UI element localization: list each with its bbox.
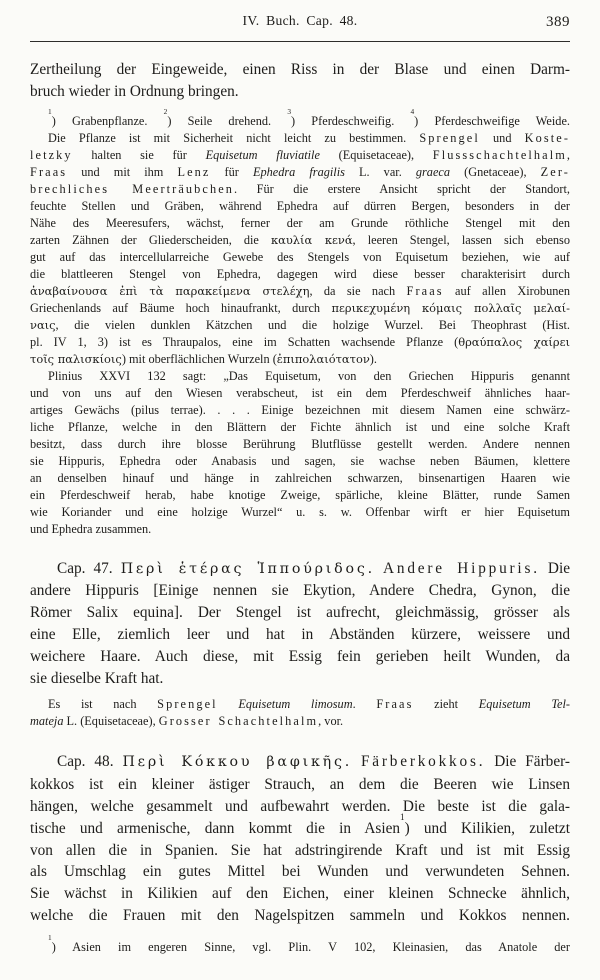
text-run: und Ephedra zusammen. xyxy=(30,522,151,536)
text-line: von allen die in Spanien. Sie hat adstri… xyxy=(30,840,570,862)
text-run: Flussschachtelhalm xyxy=(433,148,567,162)
footnote-marker: 1 xyxy=(48,933,52,942)
text-line: andere Hippuris [Einige nennen sie Ekyti… xyxy=(30,580,570,602)
text-run: Sprengel xyxy=(157,697,218,711)
header-rule xyxy=(30,41,570,42)
text-line: brechliches Meerträubchen. Für die erste… xyxy=(30,181,570,198)
text-line: tische und armenische, dann kommt die in… xyxy=(30,818,570,840)
text-run: graeca xyxy=(416,165,450,179)
text-line: pl. IV 1, 3) ist es Thraupalos, eine im … xyxy=(30,334,570,351)
text-line: gut auf das intercellularreiche Gewebe d… xyxy=(30,249,570,266)
commentary-identification: Die Pflanze ist mit Sicherheit nicht lei… xyxy=(30,130,570,368)
footnote-marker: 3 xyxy=(287,107,291,116)
text-line: und Ephedra zusammen. xyxy=(30,521,570,538)
text-run: ) und Kilikien, zuletzt xyxy=(405,820,570,837)
text-run: καυλία κενά xyxy=(271,233,353,247)
text-run: Die xyxy=(540,560,570,577)
text-run: letzky xyxy=(30,148,73,162)
running-title: IV. Buch. Cap. 48. xyxy=(30,13,570,29)
text-line: 1) Asien im engeren Sinne, vgl. Plin. V … xyxy=(30,939,570,956)
text-line: an denselben hinauf und hänge in zahlrei… xyxy=(30,470,570,487)
text-line: Zertheilung der Eingeweide, einen Riss i… xyxy=(30,59,570,81)
text-run: ) Pferdeschweifig. xyxy=(291,114,410,128)
text-line: Römer Salix equina]. Der Stengel ist auf… xyxy=(30,602,570,624)
text-run: andere Hippuris [Einige nennen sie Ekyti… xyxy=(30,582,570,599)
text-run: , da sie nach xyxy=(309,284,406,298)
text-run: und von uns auf den Wiesen verabscheut, … xyxy=(30,386,570,400)
text-line: Fraas und mit ihm Lenz für Ephedra fragi… xyxy=(30,164,570,181)
text-run: Equisetum Tel- xyxy=(479,697,570,711)
text-run: und mit ihm xyxy=(67,165,177,179)
text-line: liche Pflanze, welche in den Blättern de… xyxy=(30,419,570,436)
text-run: zarten Zähnen der Gliederscheiden, die xyxy=(30,233,271,247)
text-run: Sie wächst in Kilikien auf den Eichen, e… xyxy=(30,885,570,902)
text-line: hängen, welche gesammelt und aufbewahrt … xyxy=(30,796,570,818)
text-run: von allen die in Spanien. Sie hat adstri… xyxy=(30,842,570,859)
text-run: Die Pflanze ist mit Sicherheit nicht lei… xyxy=(48,131,419,145)
text-run: . Für die erstere Ansicht spricht der St… xyxy=(234,182,570,196)
text-run: , vor. xyxy=(318,714,343,728)
text-run: artiges Gewächs (pilus terrae). . . . Ei… xyxy=(30,403,570,417)
text-line: weichere Haare. Auch diese, mit Essig fe… xyxy=(30,646,570,668)
text-run: besitzt, dass durch ihre blosse Berührun… xyxy=(30,437,570,451)
text-line: kokkos ist ein kleiner ästiger Strauch, … xyxy=(30,774,570,796)
text-run: Fraas xyxy=(376,697,413,711)
text-run: mateja xyxy=(30,714,63,728)
text-run: Zertheilung der Eingeweide, einen Riss i… xyxy=(30,61,570,78)
text-line: Die Pflanze ist mit Sicherheit nicht lei… xyxy=(30,130,570,147)
footnote-marker: 4 xyxy=(410,107,414,116)
text-run: zieht xyxy=(413,697,478,711)
text-run: Cap. 47. xyxy=(57,560,121,577)
commentary-cap47: Es ist nach Sprengel Equisetum limosum. … xyxy=(30,696,570,730)
text-line: die blattleeren Stengel von Ephedra, dag… xyxy=(30,266,570,283)
footnote-marker: 1 xyxy=(400,812,405,822)
text-run: (Gnetaceae), xyxy=(450,165,541,179)
text-run: Koste- xyxy=(525,131,570,145)
text-line: τοῖς παλισκίοις) mit oberflächlichen Wur… xyxy=(30,351,570,368)
text-run: ) Pferdeschweifige Weide. xyxy=(414,114,570,128)
text-run: Es ist nach xyxy=(48,697,157,711)
text-line: Nähe des Meeresufers, wächst, ferner der… xyxy=(30,215,570,232)
text-run: weichere Haare. Auch diese, mit Essig fe… xyxy=(30,648,570,665)
chapter-47: Cap. 47. Περὶ ἑτέρας Ἱππούριδος. Andere … xyxy=(30,558,570,690)
text-run: gut auf das intercellularreiche Gewebe d… xyxy=(30,250,570,264)
commentary-plinius: Plinius XXVI 132 sagt: „Das Equisetum, v… xyxy=(30,368,570,538)
text-line: Sie wächst in Kilikien auf den Eichen, e… xyxy=(30,883,570,905)
text-run: ἐπιπολαιότατον xyxy=(277,352,370,366)
footnote-definitions: 1) Grabenpflanze. 2) Seile drehend. 3) P… xyxy=(30,113,570,130)
text-line: letzky halten sie für Equisetum fluviati… xyxy=(30,147,570,164)
text-run: Plinius XXVI 132 sagt: „Das Equisetum, v… xyxy=(48,369,570,383)
text-run: wie Koriander und eine holzige Wurzel“ u… xyxy=(30,505,570,519)
text-run: L. var. xyxy=(345,165,416,179)
text-run: Fraas xyxy=(407,284,444,298)
text-run: liche Pflanze, welche in den Blättern de… xyxy=(30,420,570,434)
text-run: Nähe des Meeresufers, wächst, ferner der… xyxy=(30,216,570,230)
text-run: ἀναβαίνουσα ἐπὶ τὰ παρακείμενα στελέχη xyxy=(30,284,309,298)
page-header: IV. Buch. Cap. 48. 389 xyxy=(30,13,570,35)
text-line: 1) Grabenpflanze. 2) Seile drehend. 3) P… xyxy=(30,113,570,130)
text-run: Griechenlands auf Bäume hoch hinaufrankt… xyxy=(30,301,331,315)
text-line: bruch wieder in Ordnung bringen. xyxy=(30,81,570,103)
text-run: brechliches Meerträubchen xyxy=(30,182,234,196)
text-run: Lenz xyxy=(177,165,210,179)
text-run: kokkos ist ein kleiner ästiger Strauch, … xyxy=(30,776,570,793)
text-run: Römer Salix equina]. Der Stengel ist auf… xyxy=(30,604,570,621)
text-run: hängen, welche gesammelt und aufbewahrt … xyxy=(30,798,570,815)
text-run: und xyxy=(480,131,525,145)
text-run: (Equisetaceae), xyxy=(320,148,433,162)
text-run: an denselben hinauf und hänge in zahlrei… xyxy=(30,471,570,485)
text-line: artiges Gewächs (pilus terrae). . . . Ei… xyxy=(30,402,570,419)
text-run: , leeren Stengel, lassen sich ebenso xyxy=(353,233,570,247)
text-run: Fraas xyxy=(30,165,67,179)
text-line: sie dieselbe Kraft hat. xyxy=(30,668,570,690)
text-line: und von uns auf den Wiesen verabscheut, … xyxy=(30,385,570,402)
text-run: bruch wieder in Ordnung bringen. xyxy=(30,83,239,100)
text-run: Die Färber- xyxy=(485,753,570,770)
text-run: als Umschlag ein gutes Mittel bei Wunden… xyxy=(30,863,570,880)
footnote-marker: 2 xyxy=(164,107,168,116)
text-run: Grosser Schachtelhalm xyxy=(159,714,318,728)
text-run: Equisetum fluviatile xyxy=(206,148,320,162)
text-run xyxy=(352,753,361,770)
text-line: Cap. 47. Περὶ ἑτέρας Ἱππούριδος. Andere … xyxy=(30,558,570,581)
text-run: Ephedra fragilis xyxy=(253,165,345,179)
text-run: Cap. 48. xyxy=(57,753,122,770)
text-run: , die vielen dunklen Kätzchen und die ho… xyxy=(56,318,570,332)
chapter-48: Cap. 48. Περὶ Κόκκου βαφικῆς. Färberkokk… xyxy=(30,751,570,926)
text-run xyxy=(375,560,383,577)
text-run: Andere Hippuris. xyxy=(383,560,540,577)
text-run: ein Pferdeschweif herab, habe knotige Zw… xyxy=(30,488,570,502)
text-run: περικεχυμένη κόμαις πολλαῖς μελαί- xyxy=(331,301,570,315)
text-run: pl. IV 1, 3) ist es Thraupalos, eine im … xyxy=(30,335,458,349)
text-run: ) Asien im engeren Sinne, vgl. Plin. V 1… xyxy=(52,940,570,954)
footnote-marker: 1 xyxy=(48,107,52,116)
footnote-asien: 1) Asien im engeren Sinne, vgl. Plin. V … xyxy=(30,939,570,956)
text-line: feuchte Stellen und Gräben, während Ephe… xyxy=(30,198,570,215)
text-run: L. (Equisetaceae), xyxy=(63,714,158,728)
text-run: Sprengel xyxy=(419,131,480,145)
page-body: Zertheilung der Eingeweide, einen Riss i… xyxy=(30,59,570,956)
text-run: Färberkokkos. xyxy=(361,753,485,770)
text-run: ναις xyxy=(30,318,56,332)
text-run: Περὶ ἑτέρας Ἱππούριδος. xyxy=(121,561,375,577)
text-run: , xyxy=(567,148,570,162)
text-line: eine Elle, ziemlich leer und hat in Abst… xyxy=(30,624,570,646)
text-line: Plinius XXVI 132 sagt: „Das Equisetum, v… xyxy=(30,368,570,385)
text-run: welche die Frauen mit den Nagelspitzen s… xyxy=(30,907,570,924)
text-run: halten sie für xyxy=(73,148,206,162)
text-run xyxy=(218,697,239,711)
text-run: θραύπαλος χαίρει xyxy=(458,335,570,349)
text-line: zarten Zähnen der Gliederscheiden, die κ… xyxy=(30,232,570,249)
text-line: ναις, die vielen dunklen Kätzchen und di… xyxy=(30,317,570,334)
text-run: eine Elle, ziemlich leer und hat in Abst… xyxy=(30,626,570,643)
text-run: Περὶ Κόκκου βαφικῆς. xyxy=(122,754,352,770)
text-run: die blattleeren Stengel von Ephedra, dag… xyxy=(30,267,570,281)
text-run: tische und armenische, dann kommt die in… xyxy=(30,820,400,837)
text-line: Cap. 48. Περὶ Κόκκου βαφικῆς. Färberkokk… xyxy=(30,751,570,774)
text-line: ἀναβαίνουσα ἐπὶ τὰ παρακείμενα στελέχη, … xyxy=(30,283,570,300)
text-run: ) Grabenpflanze. xyxy=(52,114,164,128)
text-run: feuchte Stellen und Gräben, während Ephe… xyxy=(30,199,570,213)
text-line: Griechenlands auf Bäume hoch hinaufrankt… xyxy=(30,300,570,317)
text-run: ) Seile drehend. xyxy=(167,114,287,128)
text-run: τοῖς παλισκίοις xyxy=(30,352,122,366)
text-line: wie Koriander und eine holzige Wurzel“ u… xyxy=(30,504,570,521)
text-run: ). xyxy=(370,352,377,366)
text-run: ) mit oberflächlichen Wurzeln ( xyxy=(122,352,277,366)
text-line: sie Hippuris, Ephedra oder Anabasis und … xyxy=(30,453,570,470)
text-line: als Umschlag ein gutes Mittel bei Wunden… xyxy=(30,861,570,883)
text-line: welche die Frauen mit den Nagelspitzen s… xyxy=(30,905,570,927)
text-line: ein Pferdeschweif herab, habe knotige Zw… xyxy=(30,487,570,504)
text-run: für xyxy=(210,165,253,179)
continuation-paragraph: Zertheilung der Eingeweide, einen Riss i… xyxy=(30,59,570,103)
text-line: mateja L. (Equisetaceae), Grosser Schach… xyxy=(30,713,570,730)
page-number: 389 xyxy=(546,14,570,31)
text-run: Equisetum limosum xyxy=(238,697,352,711)
text-run: Zer- xyxy=(541,165,570,179)
book-page: IV. Buch. Cap. 48. 389 Zertheilung der E… xyxy=(0,0,600,956)
text-run: sie Hippuris, Ephedra oder Anabasis und … xyxy=(30,454,570,468)
text-line: Es ist nach Sprengel Equisetum limosum. … xyxy=(30,696,570,713)
text-line: besitzt, dass durch ihre blosse Berührun… xyxy=(30,436,570,453)
text-run: sie dieselbe Kraft hat. xyxy=(30,670,163,687)
text-run: auf allen Xirobunen xyxy=(444,284,570,298)
text-run: . xyxy=(353,697,377,711)
